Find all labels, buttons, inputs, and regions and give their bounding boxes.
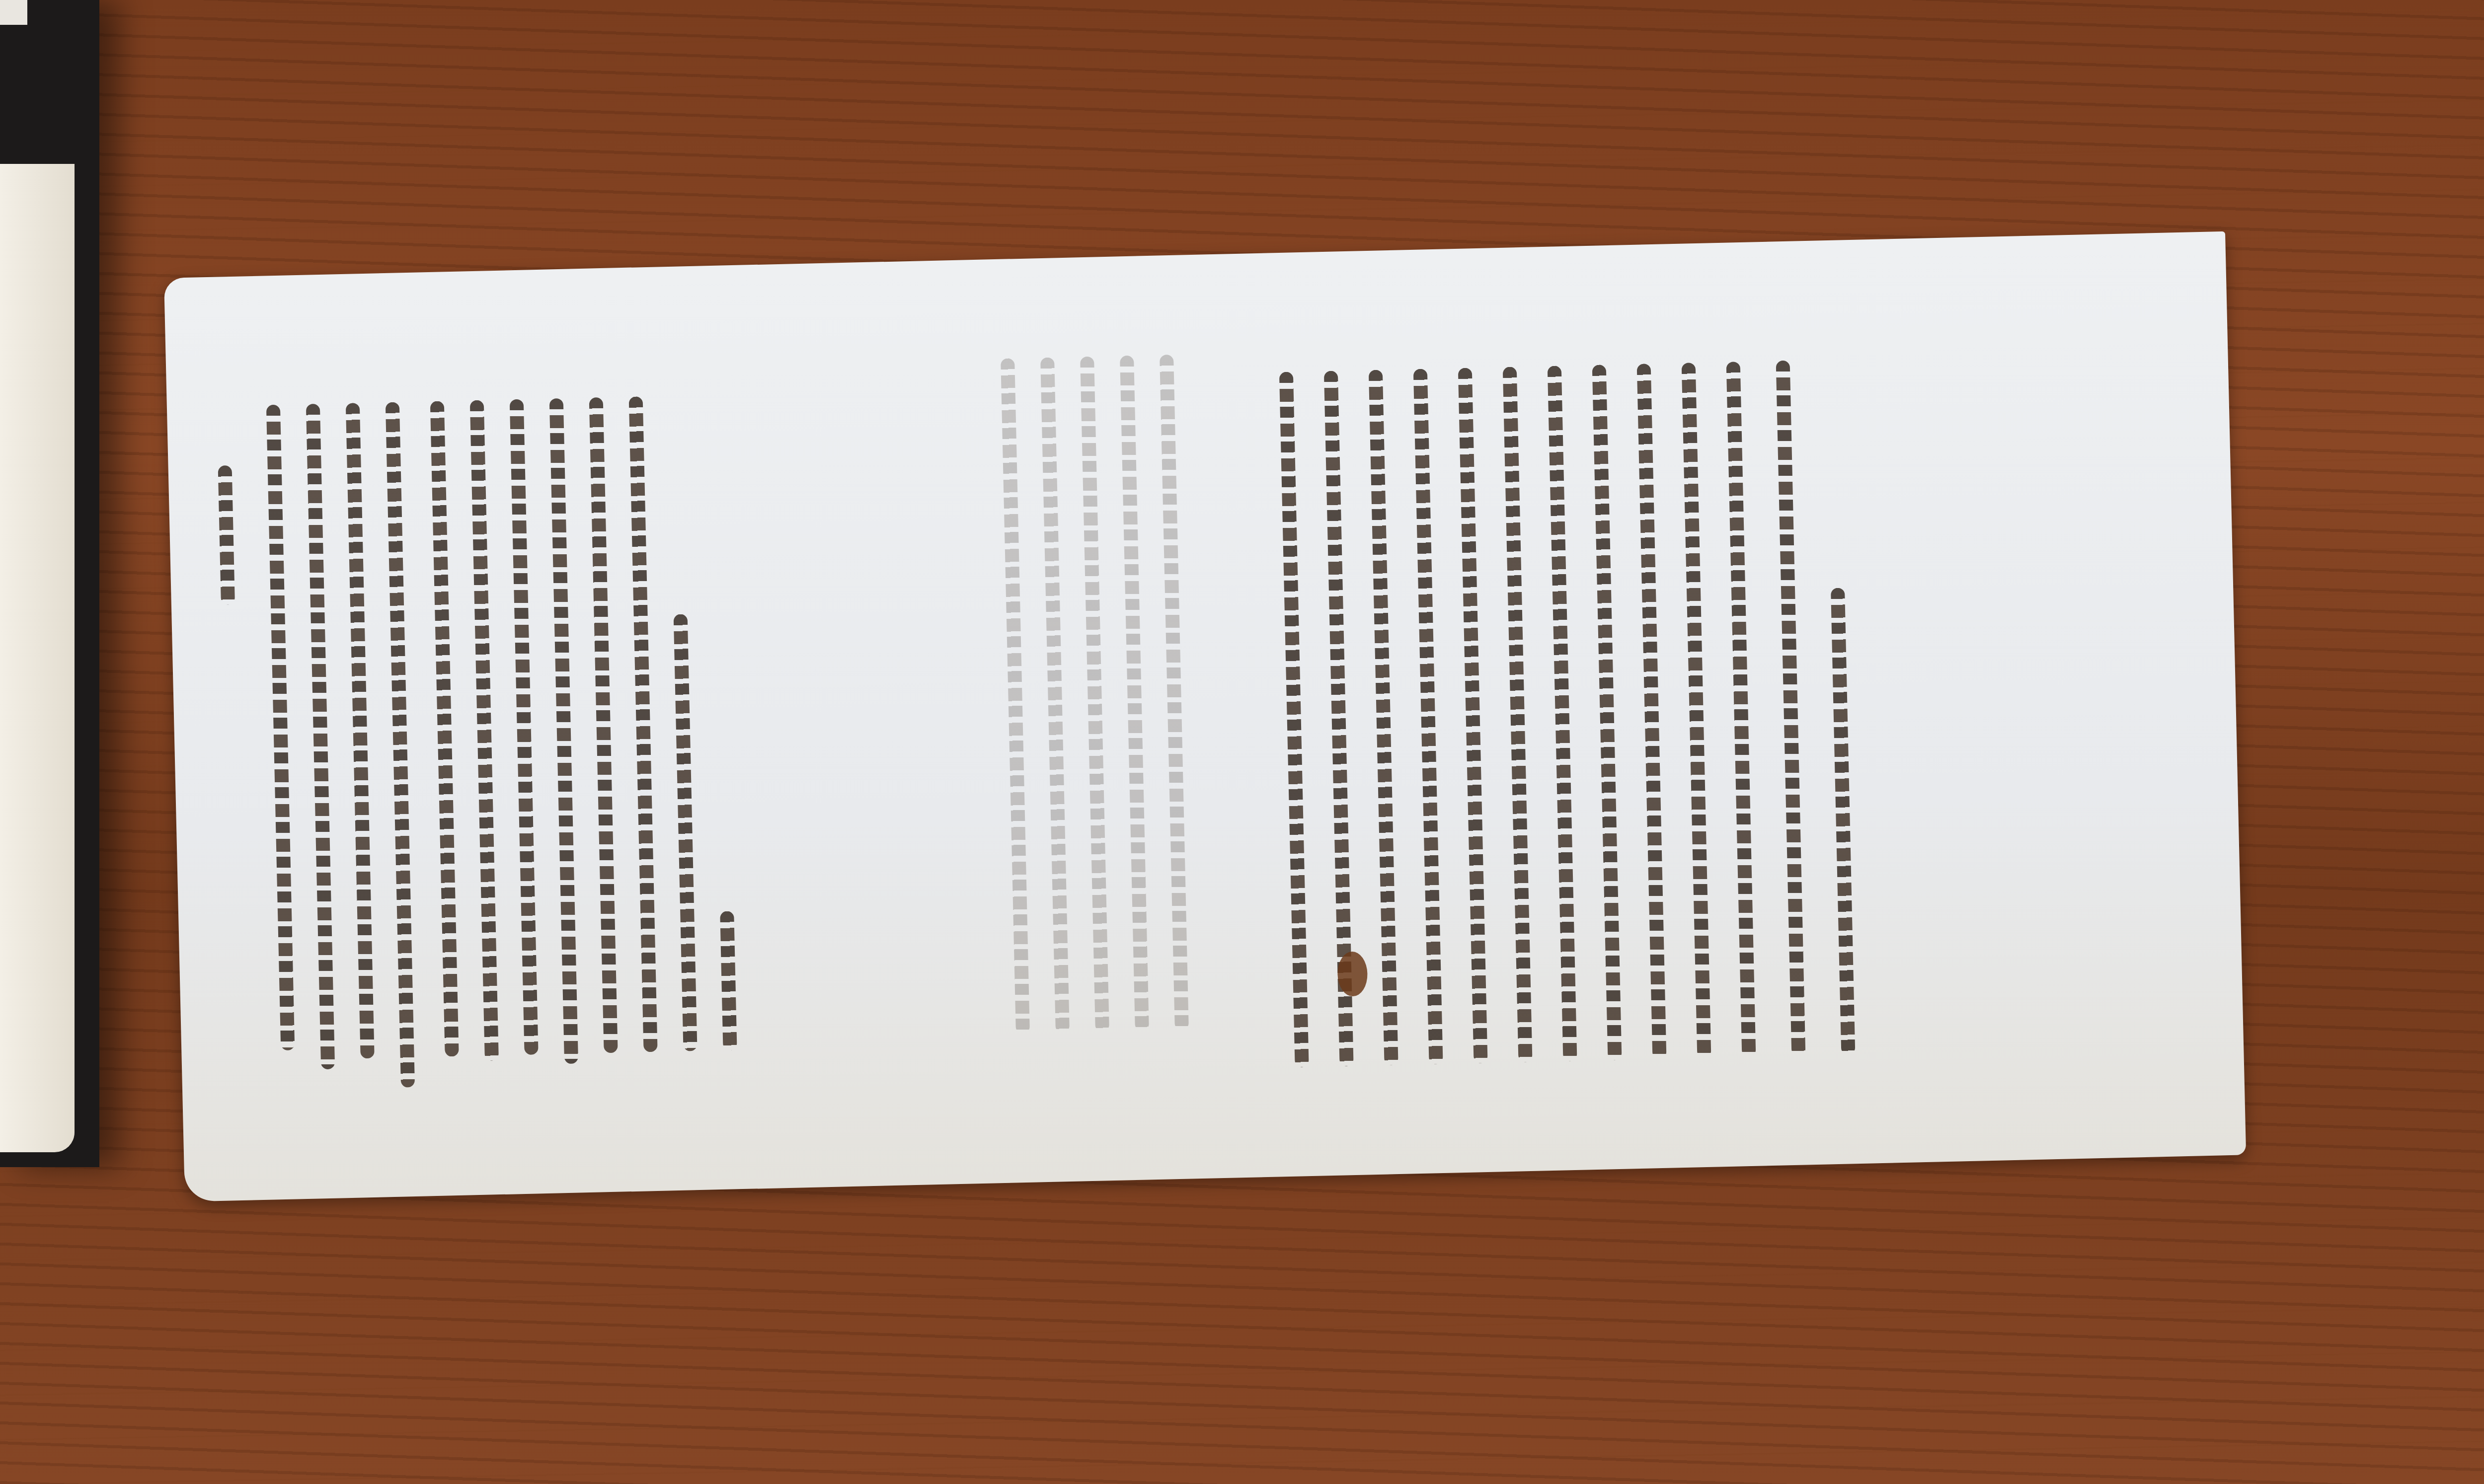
ink-text-line — [346, 403, 375, 1058]
notebook-pages — [0, 164, 75, 1152]
ink-text-line — [470, 400, 499, 1060]
ink-text-line — [266, 405, 295, 1050]
ink-text-line — [720, 911, 737, 1050]
ink-text-line — [1548, 366, 1577, 1061]
ink-text-line — [1592, 365, 1622, 1060]
bleed-through-text — [1120, 356, 1149, 1031]
bleed-through-text — [1160, 355, 1189, 1030]
ink-text-line — [549, 398, 578, 1064]
ink-text-line — [1682, 363, 1711, 1058]
ink-text-line — [1413, 369, 1443, 1064]
ink-text-line — [306, 404, 335, 1069]
notebook-page-corner — [0, 0, 27, 25]
ink-text-line — [218, 465, 235, 605]
ink-text-line — [1503, 367, 1533, 1062]
ink-text-line — [430, 401, 459, 1056]
ink-text-line — [386, 402, 415, 1087]
scene-description: Photograph of a handwritten early-modern… — [0, 0, 0, 0]
ink-text-line — [1831, 588, 1855, 1054]
bleed-through-text — [1040, 357, 1070, 1033]
ink-text-line — [674, 614, 698, 1051]
ink-stain — [1337, 951, 1368, 996]
ink-text-line — [1637, 364, 1667, 1059]
manuscript-sheet — [164, 231, 2246, 1202]
ink-text-line — [1458, 368, 1488, 1063]
ink-text-line — [1726, 362, 1756, 1057]
bleed-through-text — [1080, 357, 1109, 1032]
ink-text-line — [1279, 371, 1309, 1067]
notebook-cover — [0, 0, 99, 1167]
ink-text-line — [510, 399, 539, 1055]
ink-text-line — [1776, 361, 1806, 1056]
ink-text-line — [629, 396, 658, 1052]
ink-text-line — [1369, 370, 1398, 1065]
ink-text-line — [589, 397, 618, 1053]
bleed-through-text — [1001, 358, 1030, 1034]
